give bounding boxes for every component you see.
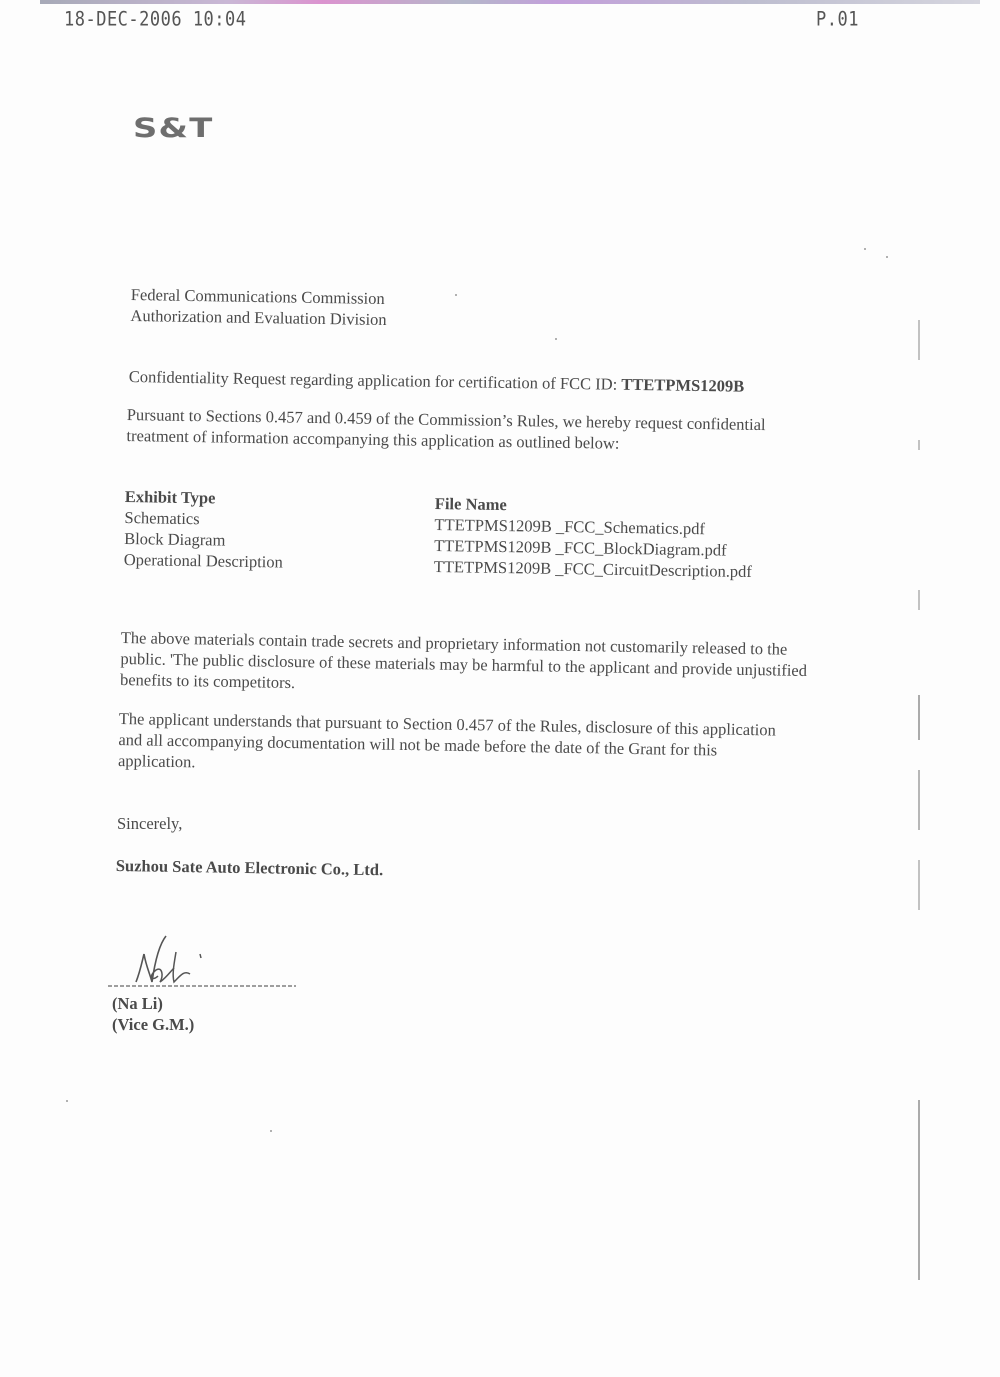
subject-line: Confidentiality Request regarding applic… xyxy=(129,366,745,397)
scan-speck xyxy=(886,256,888,258)
request-paragraph: Pursuant to Sections 0.457 and 0.459 of … xyxy=(126,404,817,457)
file-name-row: TTETPMS1209B _FCC_CircuitDescription.pdf xyxy=(434,556,752,582)
company-name: Suzhou Sate Auto Electronic Co., Ltd. xyxy=(116,855,384,880)
file-name-column: File Name TTETPMS1209B _FCC_Schematics.p… xyxy=(434,493,753,582)
exhibit-type-row: Schematics xyxy=(124,507,283,530)
scan-speck xyxy=(66,1100,68,1102)
scan-speck xyxy=(864,248,866,250)
exhibit-type-header: Exhibit Type xyxy=(125,486,284,509)
closing-salutation: Sincerely, xyxy=(117,813,182,834)
trade-secrets-paragraph: The above materials contain trade secret… xyxy=(120,627,821,702)
signer-name: (Na Li) xyxy=(112,993,194,1014)
signer-block: (Na Li) (Vice G.M.) xyxy=(112,993,194,1035)
company-logo: S&T xyxy=(133,113,214,144)
scan-margin-artifacts xyxy=(918,320,922,1320)
exhibit-type-column: Exhibit Type Schematics Block Diagram Op… xyxy=(124,486,284,572)
handwritten-signature xyxy=(108,932,303,990)
disclosure-paragraph: The applicant understands that pursuant … xyxy=(118,708,799,783)
scan-speck xyxy=(455,294,457,296)
scan-speck xyxy=(555,338,557,340)
fax-header: 18-DEC-2006 10:04 P.01 xyxy=(0,8,1000,33)
fax-datetime: 18-DEC-2006 10:04 xyxy=(64,8,247,31)
addressee-block: Federal Communications Commission Author… xyxy=(130,284,387,330)
subject-text: Confidentiality Request regarding applic… xyxy=(129,367,622,394)
signer-title: (Vice G.M.) xyxy=(112,1014,194,1035)
fcc-id: TTETPMS1209B xyxy=(621,375,744,396)
exhibit-type-row: Block Diagram xyxy=(124,528,283,551)
fax-transmission-bar xyxy=(40,0,980,4)
scan-speck xyxy=(270,1130,272,1132)
fax-page-number: P.01 xyxy=(816,8,859,31)
exhibit-type-row: Operational Description xyxy=(124,549,283,572)
addressee-line-2: Authorization and Evaluation Division xyxy=(130,305,386,330)
